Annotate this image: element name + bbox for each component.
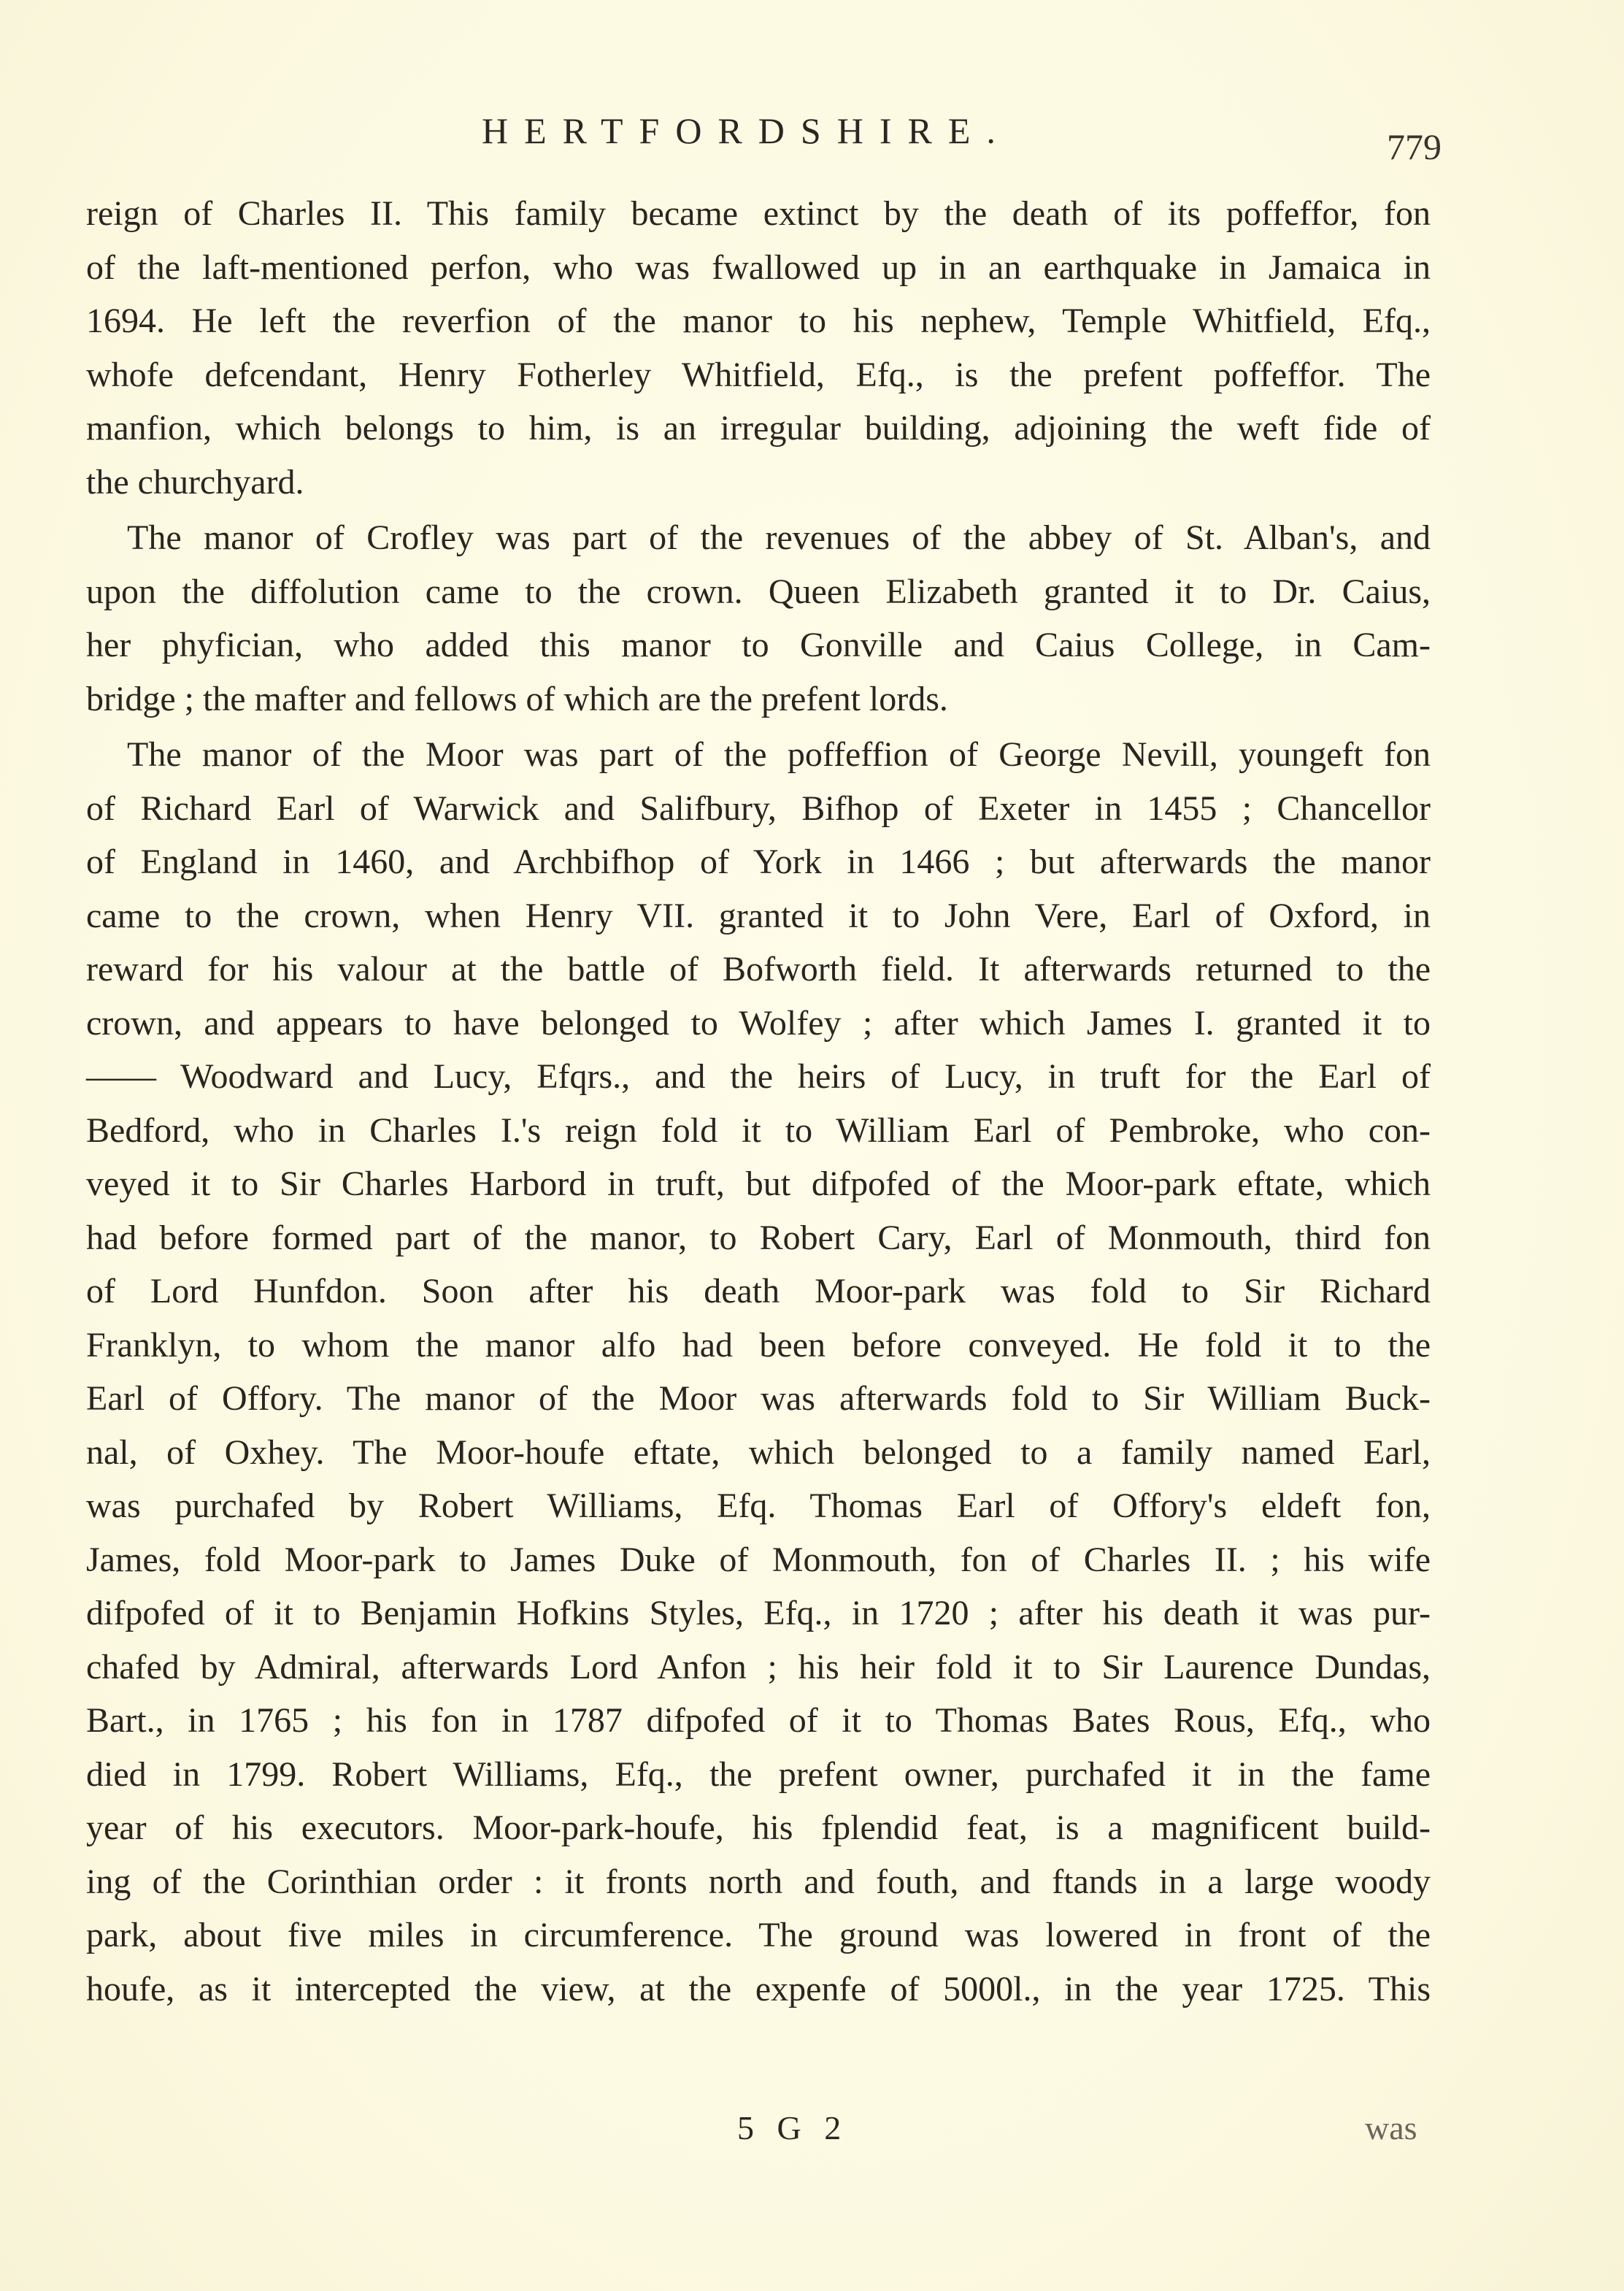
text-line: of Richard Earl of Warwick and Salifbury… <box>86 782 1431 836</box>
signature-mark: 5 G 2 <box>737 2108 848 2147</box>
text-line: Earl of Offory. The manor of the Moor wa… <box>86 1372 1431 1426</box>
text-line: of the laft-mentioned perfon, who was fw… <box>86 241 1431 295</box>
page-footer: 5 G 2 was <box>0 2108 1624 2167</box>
page-number: 779 <box>1387 126 1442 168</box>
text-line: park, about five miles in circumference.… <box>86 1908 1431 1962</box>
text-line: veyed it to Sir Charles Harbord in truft… <box>86 1157 1431 1211</box>
text-line: whofe defcendant, Henry Fotherley Whitfi… <box>86 348 1431 402</box>
text-line: chafed by Admiral, afterwards Lord Anfon… <box>86 1640 1431 1695</box>
text-line: houfe, as it intercepted the view, at th… <box>86 1962 1431 2016</box>
text-line: her phyfician, who added this manor to G… <box>86 618 1431 672</box>
text-line: reign of Charles II. This family became … <box>86 187 1431 241</box>
running-title: HERTFORDSHIRE. <box>482 110 1012 152</box>
text-line: died in 1799. Robert Williams, Efq., the… <box>86 1748 1431 1802</box>
text-line: of Lord Hunfdon. Soon after his death Mo… <box>86 1265 1431 1319</box>
text-line: Franklyn, to whom the manor alfo had bee… <box>86 1319 1431 1373</box>
text-line: of England in 1460, and Archbifhop of Yo… <box>86 835 1431 889</box>
body-text: reign of Charles II. This family became … <box>86 187 1431 2016</box>
running-head: HERTFORDSHIRE. 779 <box>0 110 1624 168</box>
paragraph-crofley: The manor of Crofley was part of the rev… <box>86 511 1431 726</box>
text-line: The manor of the Moor was part of the po… <box>86 728 1431 782</box>
text-line: was purchafed by Robert Williams, Efq. T… <box>86 1479 1431 1533</box>
text-line: difpofed of it to Benjamin Hofkins Style… <box>86 1586 1431 1640</box>
text-line: reward for his valour at the battle of B… <box>86 943 1431 997</box>
book-page: HERTFORDSHIRE. 779 reign of Charles II. … <box>0 0 1624 2291</box>
paragraph-moor: The manor of the Moor was part of the po… <box>86 728 1431 2016</box>
text-line: 1694. He left the reverfion of the manor… <box>86 294 1431 348</box>
text-line: came to the crown, when Henry VII. grant… <box>86 889 1431 943</box>
paragraph-whitfield: reign of Charles II. This family became … <box>86 187 1431 509</box>
text-line: Bedford, who in Charles I.'s reign fold … <box>86 1104 1431 1158</box>
text-line: Bart., in 1765 ; his fon in 1787 difpofe… <box>86 1694 1431 1748</box>
text-line: year of his executors. Moor-park-houfe, … <box>86 1801 1431 1855</box>
catchword: was <box>1365 2108 1417 2147</box>
text-line: upon the diffolution came to the crown. … <box>86 565 1431 619</box>
text-line: the churchyard. <box>86 456 1431 510</box>
text-line: had before formed part of the manor, to … <box>86 1211 1431 1265</box>
text-line: —— Woodward and Lucy, Efqrs., and the he… <box>86 1050 1431 1104</box>
text-line: The manor of Crofley was part of the rev… <box>86 511 1431 565</box>
text-line: bridge ; the mafter and fellows of which… <box>86 672 1431 726</box>
text-line: James, fold Moor-park to James Duke of M… <box>86 1533 1431 1587</box>
text-line: crown, and appears to have belonged to W… <box>86 997 1431 1051</box>
text-line: nal, of Oxhey. The Moor-houfe eftate, wh… <box>86 1426 1431 1480</box>
text-line: ing of the Corinthian order : it fronts … <box>86 1855 1431 1909</box>
text-line: manfion, which belongs to him, is an irr… <box>86 402 1431 456</box>
